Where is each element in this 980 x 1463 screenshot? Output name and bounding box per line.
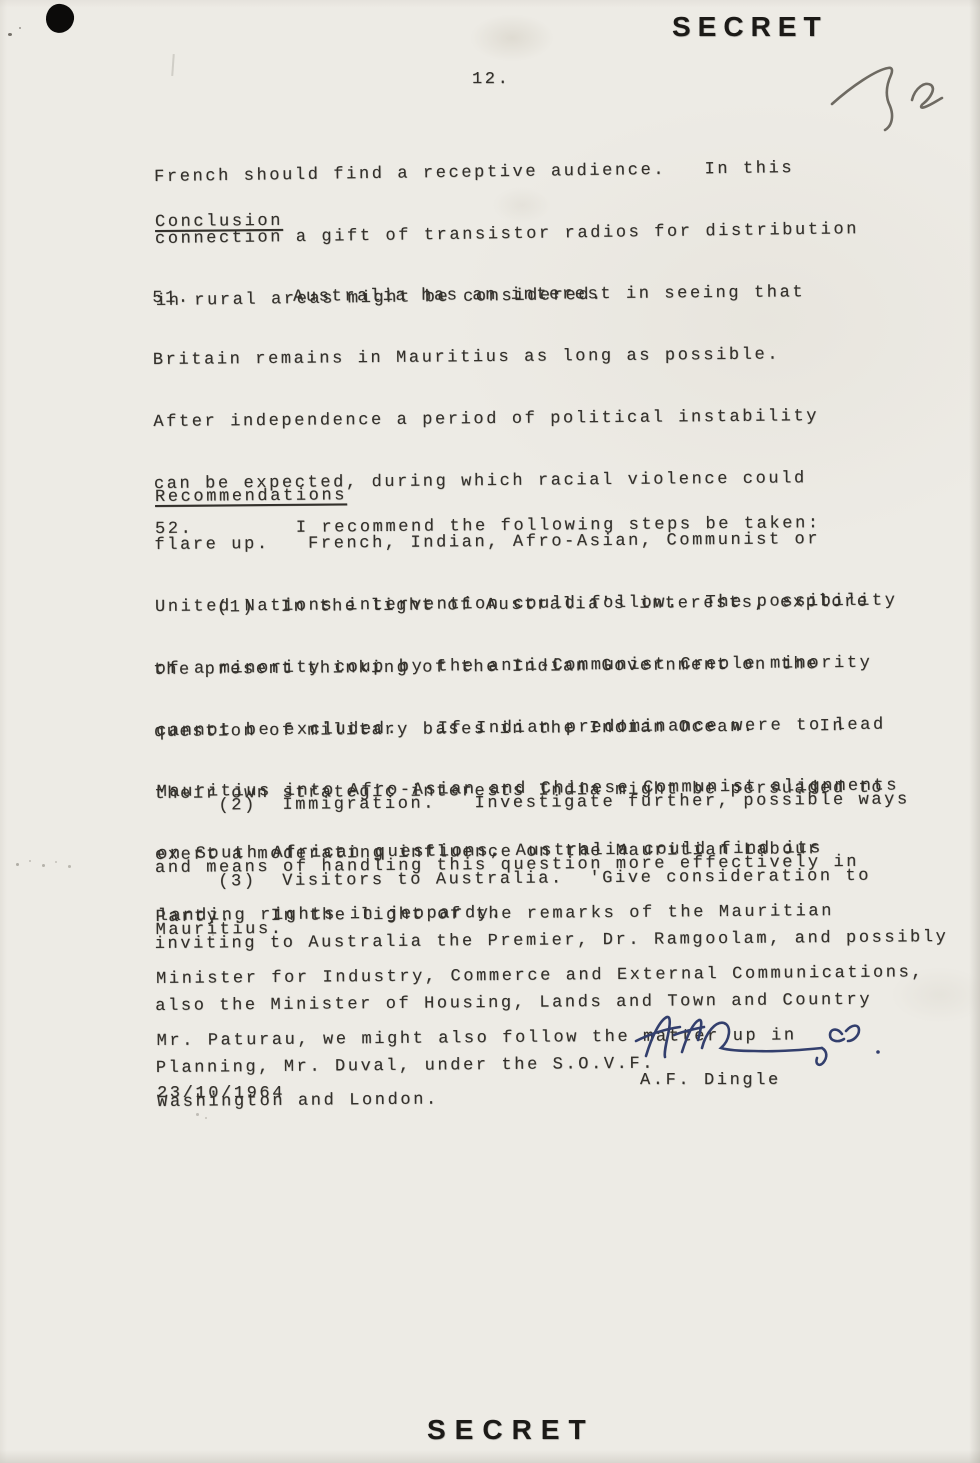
handwritten-signature-icon bbox=[626, 1010, 892, 1072]
typed-line: After independence a period of political… bbox=[153, 406, 896, 433]
classification-stamp-top: SECRET bbox=[672, 11, 828, 43]
ink-blot-icon bbox=[44, 2, 76, 35]
typed-line: inviting to Australia the Premier, Dr. R… bbox=[155, 928, 949, 956]
ink-speck bbox=[8, 33, 12, 36]
recommendations-heading: Recommendations bbox=[155, 486, 347, 508]
conclusion-heading: Conclusion bbox=[155, 212, 283, 234]
page-number: 12. bbox=[472, 70, 510, 91]
typed-line: Britain remains in Mauritius as long as … bbox=[153, 344, 896, 371]
typed-line: French should find a receptive audience.… bbox=[154, 158, 858, 188]
document-page: SECRET 12. French should find a receptiv… bbox=[0, 0, 980, 1463]
classification-stamp-bottom: SECRET bbox=[427, 1414, 595, 1446]
typed-line: question of military bases in the Indian… bbox=[154, 716, 922, 743]
typed-line: 51. Australia has an interest in seeing … bbox=[152, 283, 895, 310]
typed-line: (2) Immigration. Investigate further, po… bbox=[154, 791, 909, 818]
document-date: 23/10/1964 bbox=[157, 1084, 285, 1105]
recommendation-item-3: (3) Visitors to Australia. 'Give conside… bbox=[154, 825, 950, 1120]
scan-artifact bbox=[171, 54, 174, 76]
typed-line: the present thinking of the Indian Gover… bbox=[153, 654, 921, 681]
ink-speck bbox=[19, 27, 21, 29]
typed-line: (1) In the light of Australia's interest… bbox=[153, 592, 921, 619]
signatory-name: A.F. Dingle bbox=[640, 1071, 781, 1092]
typed-line: (3) Visitors to Australia. 'Give conside… bbox=[154, 866, 948, 894]
